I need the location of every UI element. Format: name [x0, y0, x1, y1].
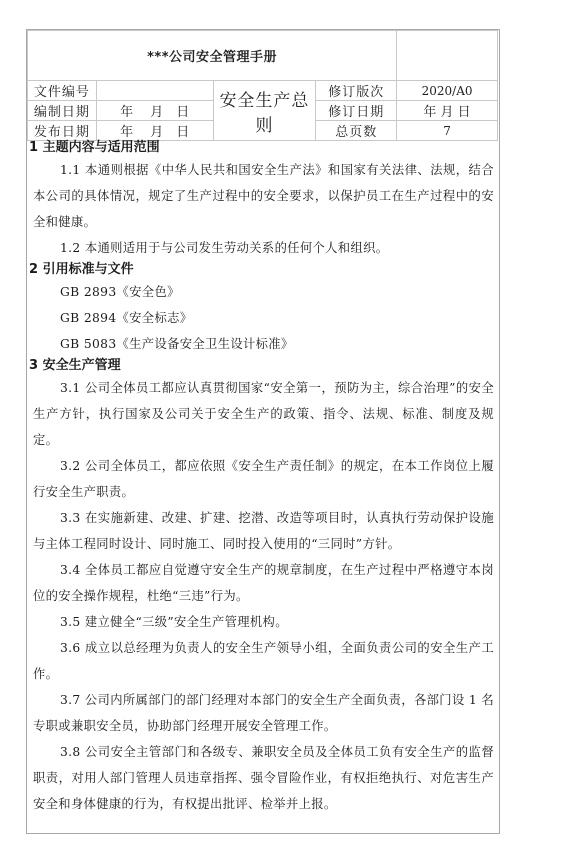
- file-number-label: 文件编号: [28, 81, 97, 101]
- reference-item: GB 2893《安全色》: [27, 279, 498, 305]
- paragraph-3-1: 3.1 公司全体员工都应认真贯彻国家“安全第一，预防为主，综合治理”的安全生产方…: [27, 375, 498, 453]
- publish-date-label: 发布日期: [28, 121, 97, 141]
- paragraph-3-4: 3.4 全体员工都应自觉遵守安全生产的规章制度，在生产过程中严格遵守本岗位的安全…: [27, 557, 498, 609]
- paragraph-1-2: 1.2 本通则适用于与公司发生劳动关系的任何个人和组织。: [27, 235, 498, 261]
- section-heading-1: 1 主题内容与适用范围: [27, 139, 498, 157]
- revision-label: 修订版次: [316, 81, 397, 101]
- section-heading-3: 3 安全生产管理: [27, 357, 498, 375]
- document-header-table: ***公司安全管理手册 文件编号 安全生产总则 修订版次 2020/A0 编制日…: [27, 30, 498, 141]
- publish-date-value: 年 月 日: [96, 121, 213, 141]
- paragraph-3-5: 3.5 建立健全“三级”安全生产管理机构。: [27, 609, 498, 635]
- reference-item: GB 5083《生产设备安全卫生设计标准》: [27, 331, 498, 357]
- paragraph-3-2: 3.2 公司全体员工，都应依照《安全生产责任制》的规定，在本工作岗位上履行安全生…: [27, 453, 498, 505]
- compile-date-label: 编制日期: [28, 101, 97, 121]
- total-pages-label: 总页数: [316, 121, 397, 141]
- section-heading-2: 2 引用标准与文件: [27, 261, 498, 279]
- logo-cell: [397, 31, 498, 81]
- revision-value: 2020/A0: [397, 81, 498, 101]
- document-name: 安全生产总则: [213, 81, 316, 141]
- paragraph-3-8: 3.8 公司安全主管部门和各级专、兼职安全员及全体员工负有安全生产的监督职责，对…: [27, 739, 498, 817]
- revision-date-label: 修订日期: [316, 101, 397, 121]
- manual-title: ***公司安全管理手册: [28, 31, 397, 81]
- compile-date-value: 年 月 日: [96, 101, 213, 121]
- document-page: ***公司安全管理手册 文件编号 安全生产总则 修订版次 2020/A0 编制日…: [26, 29, 500, 834]
- paragraph-3-6: 3.6 成立以总经理为负责人的安全生产领导小组，全面负责公司的安全生产工作。: [27, 635, 498, 687]
- paragraph-3-7: 3.7 公司内所属部门的部门经理对本部门的安全生产全面负责，各部门设 1 名专职…: [27, 687, 498, 739]
- reference-item: GB 2894《安全标志》: [27, 305, 498, 331]
- document-body: 1 主题内容与适用范围 1.1 本通则根据《中华人民共和国安全生产法》和国家有关…: [27, 139, 498, 817]
- paragraph-1-1: 1.1 本通则根据《中华人民共和国安全生产法》和国家有关法律、法规，结合本公司的…: [27, 157, 498, 235]
- total-pages-value: 7: [397, 121, 498, 141]
- file-number-value: [96, 81, 213, 101]
- paragraph-3-3: 3.3 在实施新建、改建、扩建、挖潜、改造等项目时，认真执行劳动保护设施与主体工…: [27, 505, 498, 557]
- revision-date-value: 年 月 日: [397, 101, 498, 121]
